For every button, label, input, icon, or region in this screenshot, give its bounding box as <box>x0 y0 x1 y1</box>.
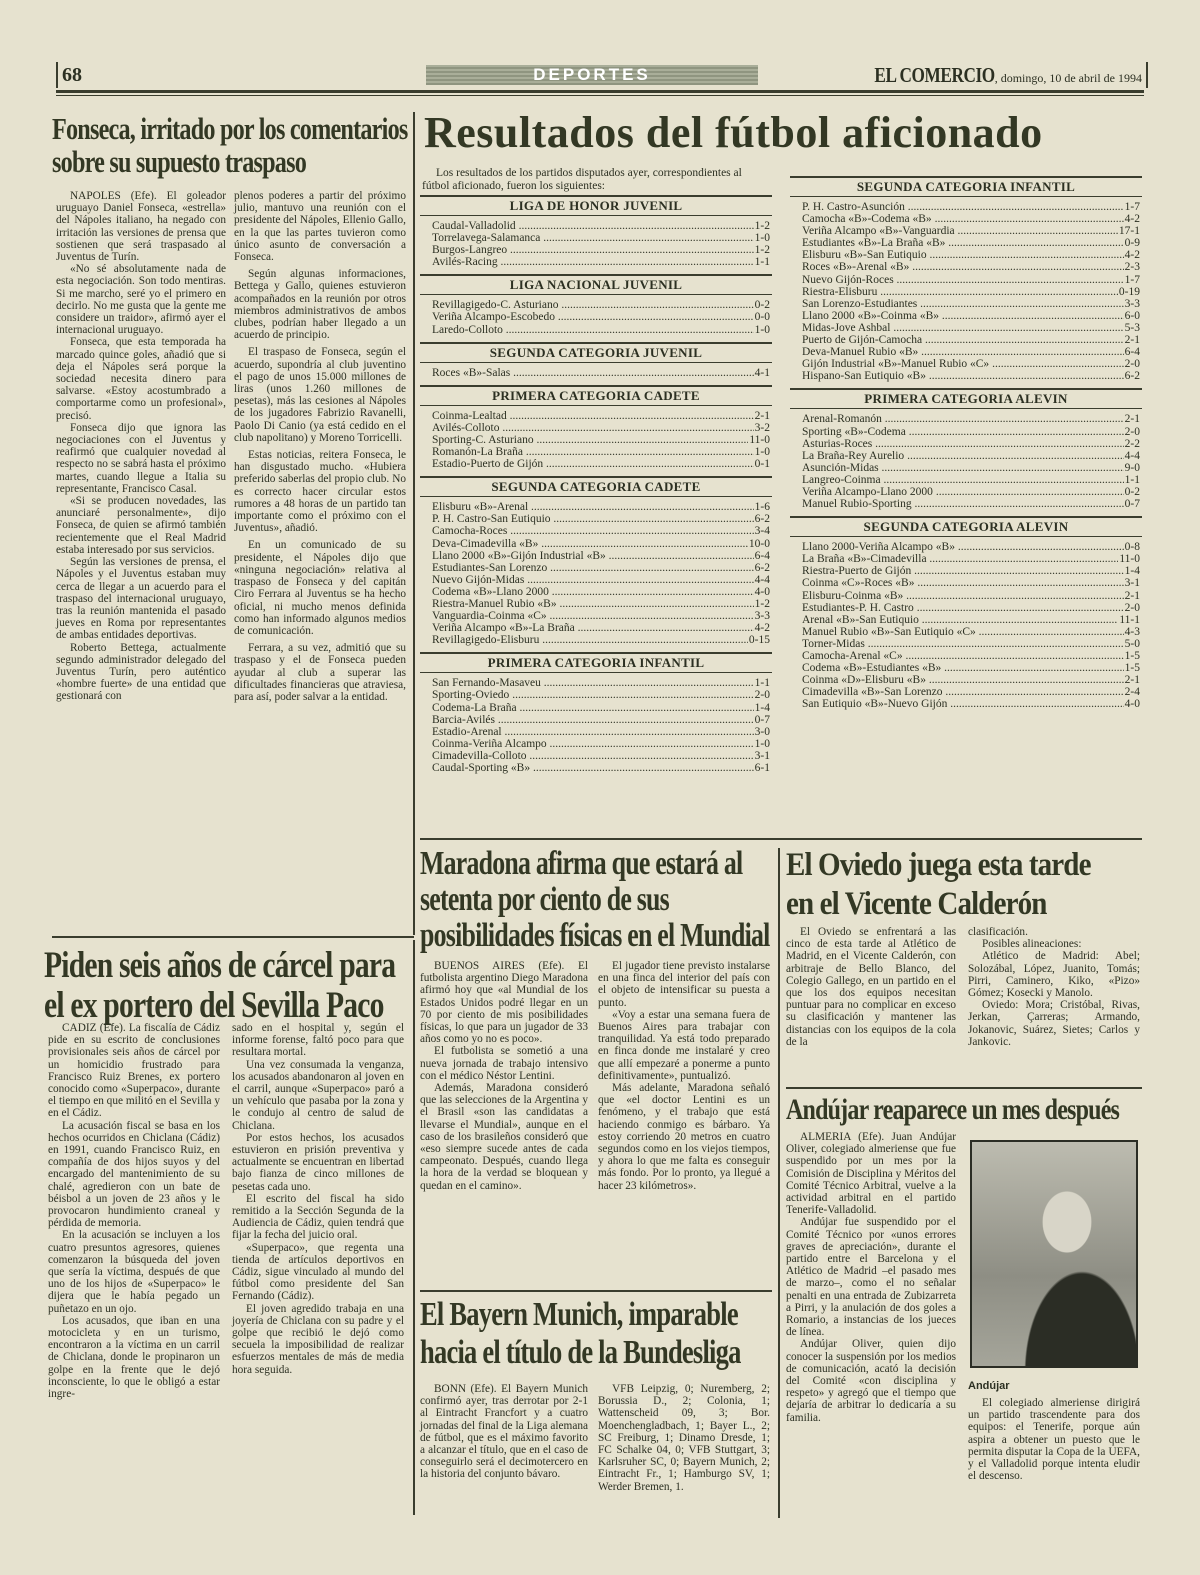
paco-col-1: CADIZ (Efe). La fiscalía de Cádiz pide e… <box>48 1022 220 1400</box>
match-score: 2-1 <box>1124 334 1140 346</box>
match-score: 6-1 <box>754 762 770 774</box>
result-row: Manuel Rubio-Sporting0-7 <box>790 498 1142 510</box>
match-teams: Deva-Manuel Rubio «B» <box>802 346 1124 358</box>
bayern-col-1: BONN (Efe). El Bayern Munich confirmó ay… <box>420 1383 588 1481</box>
result-row: Estadio-Arenal3-0 <box>420 726 772 738</box>
match-score: 2-0 <box>1124 358 1140 370</box>
match-teams: Codema «B»-Estudiantes «B» <box>802 662 1124 674</box>
result-row: Veriña Alcampo-Llano 20000-2 <box>790 486 1142 498</box>
match-score: 2-1 <box>1124 674 1140 686</box>
headline-fonseca: Fonseca, irritado por los comentarios so… <box>52 112 411 178</box>
match-teams: P. H. Castro-Asunción <box>802 201 1124 213</box>
match-teams: Elisburu «B»-San Eutiquio <box>802 249 1124 261</box>
paragraph: clasificación. <box>968 926 1140 938</box>
result-row: Vanguardia-Coinma «C»3-3 <box>420 610 772 622</box>
paragraph: «Si se producen novedades, las anunciaré… <box>56 495 226 556</box>
result-row: Gijón Industrial «B»-Manuel Rubio «C»2-0 <box>790 358 1142 370</box>
result-row: Roces «B»-Arenal «B»2-3 <box>790 261 1142 273</box>
result-row: Estadio-Puerto de Gijón0-1 <box>420 458 772 470</box>
paragraph: El joven agredido trabaja en una joyería… <box>232 1303 404 1376</box>
result-row: Elisburu «B»-Arenal1-6 <box>420 501 772 513</box>
match-teams: Camocha «B»-Codema «B» <box>802 213 1124 225</box>
match-score: 6-0 <box>1124 310 1140 322</box>
match-score: 1-4 <box>754 702 770 714</box>
result-row: Avilés-Racing1-1 <box>420 256 772 268</box>
match-teams: Cimadevilla «B»-San Lorenzo <box>802 686 1124 698</box>
paragraph: El escrito del fiscal ha sido remitido a… <box>232 1193 404 1242</box>
result-row: Cimadevilla-Colloto3-1 <box>420 750 772 762</box>
match-teams: Riestra-Manuel Rubio «B» <box>432 598 754 610</box>
result-row: Manuel Rubio «B»-San Eutiquio «C»4-3 <box>790 626 1142 638</box>
match-teams: Hispano-San Eutiquio «B» <box>802 370 1124 382</box>
match-score: 1-2 <box>754 220 770 232</box>
match-teams: San Fernando-Masaveu <box>432 677 754 689</box>
masthead: 68 DEPORTES EL COMERCIO, domingo, 10 de … <box>56 62 1148 88</box>
result-row: Barcia-Avilés0-7 <box>420 714 772 726</box>
match-score: 11-0 <box>748 434 770 446</box>
headline-andujar: Andújar reaparece un mes después <box>786 1093 1200 1127</box>
paragraph: «Superpaco», que regenta una tienda de a… <box>232 1242 404 1303</box>
match-teams: Asturias-Roces <box>802 438 1124 450</box>
results-column-right: SEGUNDA CATEGORIA INFANTILP. H. Castro-A… <box>790 176 1142 710</box>
match-score: 4-2 <box>754 622 770 634</box>
match-score: 2-4 <box>1124 686 1140 698</box>
category-heading: LIGA DE HONOR JUVENIL <box>420 195 772 216</box>
result-row: Arenal «B»-San Eutiquio11-1 <box>790 614 1142 626</box>
match-score: 4-0 <box>754 586 770 598</box>
match-teams: Cimadevilla-Colloto <box>432 750 754 762</box>
match-teams: Estadio-Arenal <box>432 726 754 738</box>
paragraph: «No sé absolutamente nada de esta negoci… <box>56 263 226 336</box>
match-teams: Torner-Midas <box>802 638 1124 650</box>
paragraph: El futbolista se sometió a una nueva jor… <box>420 1045 588 1082</box>
result-row: Riestra-Puerto de Gijón1-4 <box>790 565 1142 577</box>
match-score: 2-3 <box>1124 261 1140 273</box>
masthead-rule <box>56 90 1144 93</box>
match-score: 0-1 <box>754 458 770 470</box>
category-heading: PRIMERA CATEGORIA ALEVIN <box>790 388 1142 409</box>
result-row: Camocha-Roces3-4 <box>420 525 772 537</box>
match-teams: Arenal-Romanón <box>802 413 1124 425</box>
match-score: 6-2 <box>754 513 770 525</box>
match-teams: Manuel Rubio-Sporting <box>802 498 1124 510</box>
category-heading: LIGA NACIONAL JUVENIL <box>420 274 772 295</box>
match-score: 10-0 <box>748 538 770 550</box>
match-teams: Langreo-Coinma <box>802 474 1124 486</box>
result-row: Coinma «D»-Elisburu «B»2-1 <box>790 674 1142 686</box>
paragraph: Oviedo: Mora; Cristóbal, Rivas, Jerkan, … <box>968 999 1140 1048</box>
headline-line: Piden seis años de cárcel para <box>44 946 395 986</box>
match-score: 4-2 <box>1124 249 1140 261</box>
match-score: 9-0 <box>1124 462 1140 474</box>
paragraph: Los acusados, que iban en una motociclet… <box>48 1315 220 1400</box>
category-heading: SEGUNDA CATEGORIA INFANTIL <box>790 176 1142 197</box>
result-row: Asunción-Midas9-0 <box>790 462 1142 474</box>
paragraph: Fonseca, que esta temporada ha marcado q… <box>56 336 226 421</box>
match-score: 2-0 <box>1124 426 1140 438</box>
match-teams: Llano 2000 «B»-Gijón Industrial «B» <box>432 550 754 562</box>
category-heading: SEGUNDA CATEGORIA ALEVIN <box>790 516 1142 537</box>
bayern-col-2: VFB Leipzig, 0; Nuremberg, 2; Borussia D… <box>598 1383 770 1493</box>
match-teams: Roces «B»-Arenal «B» <box>802 261 1124 273</box>
headline-oviedo: El Oviedo juega esta tarde en el Vicente… <box>786 846 1132 924</box>
match-teams: Midas-Jove Ashbal <box>802 322 1124 334</box>
result-row: Langreo-Coinma1-1 <box>790 474 1142 486</box>
maradona-col-2: El jugador tiene previsto instalarse en … <box>598 960 770 1192</box>
paragraph: Según las versiones de prensa, el Nápole… <box>56 556 226 641</box>
fonseca-col-1: NAPOLES (Efe). El goleador uruguayo Dani… <box>56 190 226 703</box>
paragraph: En la acusación se incluyen a los cuatro… <box>48 1229 220 1314</box>
page-number: 68 <box>62 62 82 88</box>
result-row: Burgos-Langreo1-2 <box>420 244 772 256</box>
result-row: Deva-Manuel Rubio «B»6-4 <box>790 346 1142 358</box>
paragraph: Por estos hechos, los acusados estuviero… <box>232 1132 404 1193</box>
match-score: 6-2 <box>1124 370 1140 382</box>
result-row: P. H. Castro-Asunción1-7 <box>790 201 1142 213</box>
match-score: 0-2 <box>754 299 770 311</box>
result-row: Llano 2000 «B»-Gijón Industrial «B»6-4 <box>420 550 772 562</box>
match-teams: P. H. Castro-San Eutiquio <box>432 513 754 525</box>
paragraph: Estas noticias, reitera Fonseca, le han … <box>234 449 406 534</box>
paragraph: El jugador tiene previsto instalarse en … <box>598 960 770 1009</box>
result-row: Llano 2000-Veriña Alcampo «B»0-8 <box>790 541 1142 553</box>
match-teams: Revillagigedo-C. Asturiano <box>432 299 754 311</box>
match-teams: La Braña-Rey Aurelio <box>802 450 1124 462</box>
paragraph: Roberto Bettega, actualmente segundo adm… <box>56 642 226 703</box>
match-teams: Camocha-Arenal «C» <box>802 650 1124 662</box>
result-row: Asturias-Roces2-2 <box>790 438 1142 450</box>
result-row: Caudal-Valladolid1-2 <box>420 220 772 232</box>
match-teams: Estudiantes-P. H. Castro <box>802 602 1124 614</box>
match-teams: La Braña «B»-Cimadevilla <box>802 553 1118 565</box>
section-divider <box>52 936 414 938</box>
headline-text: Fonseca, irritado por los comentarios so… <box>52 111 408 179</box>
intro-text: Los resultados de los partidos disputado… <box>422 167 742 192</box>
match-score: 11-0 <box>1118 553 1140 565</box>
match-score: 3-0 <box>754 726 770 738</box>
match-score: 1-2 <box>754 598 770 610</box>
result-row: Riestra-Elisburu0-19 <box>790 286 1142 298</box>
paco-col-2: sado en el hospital y, según el informe … <box>232 1022 404 1376</box>
andujar-col-1: ALMERIA (Efe). Juan Andújar Oliver, cole… <box>786 1131 956 1424</box>
headline-line: posibilidades físicas en el Mundial <box>420 918 770 954</box>
match-teams: Coinma «C»-Roces «B» <box>802 577 1124 589</box>
paragraph: Andújar Oliver, quien dijo conocer la su… <box>786 1338 956 1423</box>
result-row: Codema «B»-Estudiantes «B»1-5 <box>790 662 1142 674</box>
result-row: La Braña-Rey Aurelio4-4 <box>790 450 1142 462</box>
result-row: Coinma-Lealtad2-1 <box>420 410 772 422</box>
match-score: 17-1 <box>1118 225 1140 237</box>
match-score: 2-1 <box>1124 590 1140 602</box>
paragraph: Andújar fue suspendido por el Comité Téc… <box>786 1216 956 1338</box>
match-score: 1-4 <box>1124 565 1140 577</box>
result-row: Camocha «B»-Codema «B»4-2 <box>790 213 1142 225</box>
paragraph: sado en el hospital y, según el informe … <box>232 1022 404 1059</box>
headline-line: El Bayern Munich, imparable <box>420 1296 738 1334</box>
match-score: 1-7 <box>1124 274 1140 286</box>
result-row: Llano 2000 «B»-Coinma «B»6-0 <box>790 310 1142 322</box>
match-score: 5-0 <box>1124 638 1140 650</box>
match-teams: Caudal-Sporting «B» <box>432 762 754 774</box>
match-teams: Nuevo Gijón-Roces <box>802 274 1124 286</box>
match-teams: Puerto de Gijón-Camocha <box>802 334 1124 346</box>
result-row: Laredo-Colloto1-0 <box>420 324 772 336</box>
match-score: 4-4 <box>1124 450 1140 462</box>
andujar-col-2: El colegiado almeriense dirigirá un part… <box>968 1397 1140 1482</box>
result-row: San Lorenzo-Estudiantes3-3 <box>790 298 1142 310</box>
paragraph: Una vez consumada la venganza, los acusa… <box>232 1059 404 1132</box>
results-column-left: LIGA DE HONOR JUVENILCaudal-Valladolid1-… <box>420 195 772 774</box>
match-teams: San Eutiquio «B»-Nuevo Gijón <box>802 698 1124 710</box>
match-score: 6-4 <box>754 550 770 562</box>
paragraph: El colegiado almeriense dirigirá un part… <box>968 1397 1140 1482</box>
match-score: 4-3 <box>1124 626 1140 638</box>
category-heading: SEGUNDA CATEGORIA JUVENIL <box>420 342 772 363</box>
result-row: Estudiantes-P. H. Castro2-0 <box>790 602 1142 614</box>
match-teams: Sporting-C. Asturiano <box>432 434 748 446</box>
match-teams: Llano 2000-Veriña Alcampo «B» <box>802 541 1124 553</box>
result-row: Estudiantes-San Lorenzo6-2 <box>420 562 772 574</box>
newspaper-logo: EL COMERCIO <box>874 62 994 88</box>
headline-text: Resultados del fútbol aficionado <box>424 108 1043 157</box>
paragraph: El traspaso de Fonseca, según el acuerdo… <box>234 346 406 444</box>
paragraph: En un comunicado de su presidente, el Ná… <box>234 539 406 637</box>
result-row: Hispano-San Eutiquio «B»6-2 <box>790 370 1142 382</box>
headline-bayern: El Bayern Munich, imparable hacia el tít… <box>420 1296 831 1372</box>
section-banner: DEPORTES <box>426 65 758 85</box>
match-teams: Elisburu «B»-Arenal <box>432 501 754 513</box>
paragraph: VFB Leipzig, 0; Nuremberg, 2; Borussia D… <box>598 1383 770 1493</box>
match-score: 3-1 <box>1124 577 1140 589</box>
match-score: 3-3 <box>1124 298 1140 310</box>
match-teams: Veriña Alcampo-Escobedo <box>432 311 754 323</box>
section-divider <box>420 838 1142 840</box>
match-teams: Coinma-Lealtad <box>432 410 754 422</box>
paragraph: El Oviedo se enfrentará a las cinco de e… <box>786 926 956 1048</box>
result-row: Coinma «C»-Roces «B»3-1 <box>790 577 1142 589</box>
result-row: Nuevo Gijón-Roces1-7 <box>790 274 1142 286</box>
column-divider <box>778 848 780 1518</box>
match-score: 0-7 <box>754 714 770 726</box>
match-score: 1-5 <box>1124 650 1140 662</box>
match-teams: Vanguardia-Coinma «C» <box>432 610 754 622</box>
result-row: Torrelavega-Salamanca1-0 <box>420 232 772 244</box>
section-divider <box>786 1087 1142 1089</box>
match-teams: Romanón-La Braña <box>432 446 754 458</box>
paragraph: Además, Maradona consideró que las selec… <box>420 1082 588 1192</box>
oviedo-col-2: clasificación. Posibles alineaciones: At… <box>968 926 1140 1048</box>
match-teams: Arenal «B»-San Eutiquio <box>802 614 1118 626</box>
match-score: 1-2 <box>754 244 770 256</box>
match-score: 4-2 <box>1124 213 1140 225</box>
paragraph: La acusación fiscal se basa en los hecho… <box>48 1120 220 1230</box>
match-score: 1-1 <box>1124 474 1140 486</box>
paragraph: Fonseca dijo que ignora las negociacione… <box>56 422 226 495</box>
match-score: 0-15 <box>748 634 770 646</box>
fonseca-col-2: plenos poderes a partir del próximo juli… <box>234 190 406 703</box>
headline-line: hacia el título de la Bundesliga <box>420 1334 741 1372</box>
result-row: Puerto de Gijón-Camocha2-1 <box>790 334 1142 346</box>
match-score: 1-1 <box>754 256 770 268</box>
match-teams: Coinma «D»-Elisburu «B» <box>802 674 1124 686</box>
match-teams: Sporting «B»-Codema <box>802 426 1124 438</box>
result-row: San Eutiquio «B»-Nuevo Gijón4-0 <box>790 698 1142 710</box>
column-divider <box>413 112 415 935</box>
match-teams: Manuel Rubio «B»-San Eutiquio «C» <box>802 626 1124 638</box>
match-teams: Asunción-Midas <box>802 462 1124 474</box>
match-score: 4-0 <box>1124 698 1140 710</box>
maradona-col-1: BUENOS AIRES (Efe). El futbolista argent… <box>420 960 588 1192</box>
paragraph: Más adelante, Maradona señaló que «el do… <box>598 1082 770 1192</box>
article-fonseca: Fonseca, irritado por los comentarios so… <box>52 112 414 178</box>
result-row: Deva-Cimadevilla «B»10-0 <box>420 538 772 550</box>
result-row: Veriña Alcampo «B»-La Braña4-2 <box>420 622 772 634</box>
paragraph: NAPOLES (Efe). El goleador uruguayo Dani… <box>56 190 226 263</box>
match-teams: Deva-Cimadevilla «B» <box>432 538 748 550</box>
match-score: 5-3 <box>1124 322 1140 334</box>
match-score: 0-7 <box>1124 498 1140 510</box>
headline-line: El Oviedo juega esta tarde <box>786 846 1091 885</box>
match-teams: Coinma-Veriña Alcampo <box>432 738 754 750</box>
result-row: Veriña Alcampo-Escobedo0-0 <box>420 311 772 323</box>
result-row: Torner-Midas5-0 <box>790 638 1142 650</box>
match-teams: Estudiantes «B»-La Braña «B» <box>802 237 1124 249</box>
match-teams: Torrelavega-Salamanca <box>432 232 754 244</box>
match-score: 3-2 <box>754 422 770 434</box>
headline-line: Maradona afirma que estará al <box>420 846 742 882</box>
match-score: 1-0 <box>754 738 770 750</box>
result-row: Nuevo Gijón-Midas4-4 <box>420 574 772 586</box>
match-teams: Codema-La Braña <box>432 702 754 714</box>
result-row: Sporting «B»-Codema2-0 <box>790 426 1142 438</box>
match-score: 2-1 <box>754 410 770 422</box>
match-teams: Estadio-Puerto de Gijón <box>432 458 754 470</box>
match-score: 1-1 <box>754 677 770 689</box>
match-score: 1-5 <box>1124 662 1140 674</box>
match-score: 1-6 <box>754 501 770 513</box>
match-teams: Gijón Industrial «B»-Manuel Rubio «C» <box>802 358 1124 370</box>
oviedo-col-1: El Oviedo se enfrentará a las cinco de e… <box>786 926 956 1048</box>
result-row: Veriña Alcampo «B»-Vanguardia17-1 <box>790 225 1142 237</box>
category-heading: SEGUNDA CATEGORIA CADETE <box>420 476 772 497</box>
headline-line: Andújar reaparece un mes después <box>786 1093 1119 1127</box>
paragraph: Posibles alineaciones: <box>968 938 1140 950</box>
match-teams: Riestra-Puerto de Gijón <box>802 565 1124 577</box>
match-teams: Veriña Alcampo «B»-La Braña <box>432 622 754 634</box>
match-score: 4-1 <box>754 367 770 379</box>
result-row: Elisburu-Coinma «B»2-1 <box>790 590 1142 602</box>
match-teams: Barcia-Avilés <box>432 714 754 726</box>
paragraph: BONN (Efe). El Bayern Munich confirmó ay… <box>420 1383 588 1481</box>
match-score: 1-0 <box>754 324 770 336</box>
result-row: La Braña «B»-Cimadevilla11-0 <box>790 553 1142 565</box>
match-score: 2-2 <box>1124 438 1140 450</box>
result-row: Sporting-C. Asturiano11-0 <box>420 434 772 446</box>
match-score: 3-3 <box>754 610 770 622</box>
paragraph: CADIZ (Efe). La fiscalía de Cádiz pide e… <box>48 1022 220 1120</box>
match-score: 6-2 <box>754 562 770 574</box>
paragraph: Según algunas informaciones, Bettega y G… <box>234 268 406 341</box>
result-row: San Fernando-Masaveu1-1 <box>420 677 772 689</box>
category-heading: PRIMERA CATEGORIA CADETE <box>420 385 772 406</box>
match-score: 6-4 <box>1124 346 1140 358</box>
match-teams: Caudal-Valladolid <box>432 220 754 232</box>
paragraph: Ferrara, a su vez, admitió que su traspa… <box>234 642 406 703</box>
issue-date: , domingo, 10 de abril de 1994 <box>995 71 1142 85</box>
paragraph: Atlético de Madrid: Abel; Solozábal, Lóp… <box>968 950 1140 999</box>
match-score: 2-0 <box>754 689 770 701</box>
match-score: 0-8 <box>1124 541 1140 553</box>
match-score: 4-4 <box>754 574 770 586</box>
result-row: Romanón-La Braña1-0 <box>420 446 772 458</box>
match-teams: Camocha-Roces <box>432 525 754 537</box>
headline-line: setenta por ciento de sus <box>420 882 669 918</box>
match-score: 0-9 <box>1124 237 1140 249</box>
match-score: 2-0 <box>1124 602 1140 614</box>
match-score: 0-2 <box>1124 486 1140 498</box>
result-row: Avilés-Colloto3-2 <box>420 422 772 434</box>
masthead-rule-thin <box>56 95 1144 96</box>
match-score: 1-7 <box>1124 201 1140 213</box>
match-score: 3-4 <box>754 525 770 537</box>
results-intro: Los resultados de los partidos disputado… <box>422 167 772 193</box>
match-teams: Nuevo Gijón-Midas <box>432 574 754 586</box>
match-score: 1-0 <box>754 446 770 458</box>
result-row: P. H. Castro-San Eutiquio6-2 <box>420 513 772 525</box>
match-teams: Avilés-Racing <box>432 256 754 268</box>
newspaper-brand: EL COMERCIO, domingo, 10 de abril de 199… <box>848 62 1142 91</box>
match-score: 1-0 <box>754 232 770 244</box>
match-teams: Veriña Alcampo-Llano 2000 <box>802 486 1124 498</box>
match-score: 3-1 <box>754 750 770 762</box>
match-teams: Burgos-Langreo <box>432 244 754 256</box>
result-row: Revillagigedo-C. Asturiano0-2 <box>420 299 772 311</box>
match-teams: Riestra-Elisburu <box>802 286 1118 298</box>
match-teams: Codema «B»-Llano 2000 <box>432 586 754 598</box>
match-teams: Llano 2000 «B»-Coinma «B» <box>802 310 1124 322</box>
result-row: Arenal-Romanón2-1 <box>790 413 1142 425</box>
result-row: Estudiantes «B»-La Braña «B»0-9 <box>790 237 1142 249</box>
result-row: Codema «B»-Llano 20004-0 <box>420 586 772 598</box>
photo-caption: Andújar <box>968 1380 1010 1392</box>
headline-paco: Piden seis años de cárcel para el ex por… <box>44 946 483 1026</box>
category-heading: PRIMERA CATEGORIA INFANTIL <box>420 652 772 673</box>
result-row: Caudal-Sporting «B»6-1 <box>420 762 772 774</box>
headline-resultados: Resultados del fútbol aficionado <box>424 108 1043 158</box>
match-score: 0-0 <box>754 311 770 323</box>
paragraph: plenos poderes a partir del próximo juli… <box>234 190 406 263</box>
match-teams: Avilés-Colloto <box>432 422 754 434</box>
result-row: Midas-Jove Ashbal5-3 <box>790 322 1142 334</box>
headline-line: el ex portero del Sevilla Paco <box>44 986 384 1026</box>
result-row: Riestra-Manuel Rubio «B»1-2 <box>420 598 772 610</box>
result-row: Camocha-Arenal «C»1-5 <box>790 650 1142 662</box>
paragraph: BUENOS AIRES (Efe). El futbolista argent… <box>420 960 588 1045</box>
headline-line: en el Vicente Calderón <box>786 885 1047 924</box>
match-teams: Veriña Alcampo «B»-Vanguardia <box>802 225 1118 237</box>
match-score: 11-1 <box>1118 614 1140 626</box>
result-row: Revillagigedo-Elisburu0-15 <box>420 634 772 646</box>
match-teams: Elisburu-Coinma «B» <box>802 590 1124 602</box>
section-divider <box>420 1290 772 1292</box>
result-row: Elisburu «B»-San Eutiquio4-2 <box>790 249 1142 261</box>
result-row: Roces «B»-Salas4-1 <box>420 367 772 379</box>
match-score: 2-1 <box>1124 413 1140 425</box>
result-row: Cimadevilla «B»-San Lorenzo2-4 <box>790 686 1142 698</box>
paragraph: «Voy a estar una semana fuera de Buenos … <box>598 1009 770 1082</box>
match-teams: San Lorenzo-Estudiantes <box>802 298 1124 310</box>
result-row: Codema-La Braña1-4 <box>420 702 772 714</box>
